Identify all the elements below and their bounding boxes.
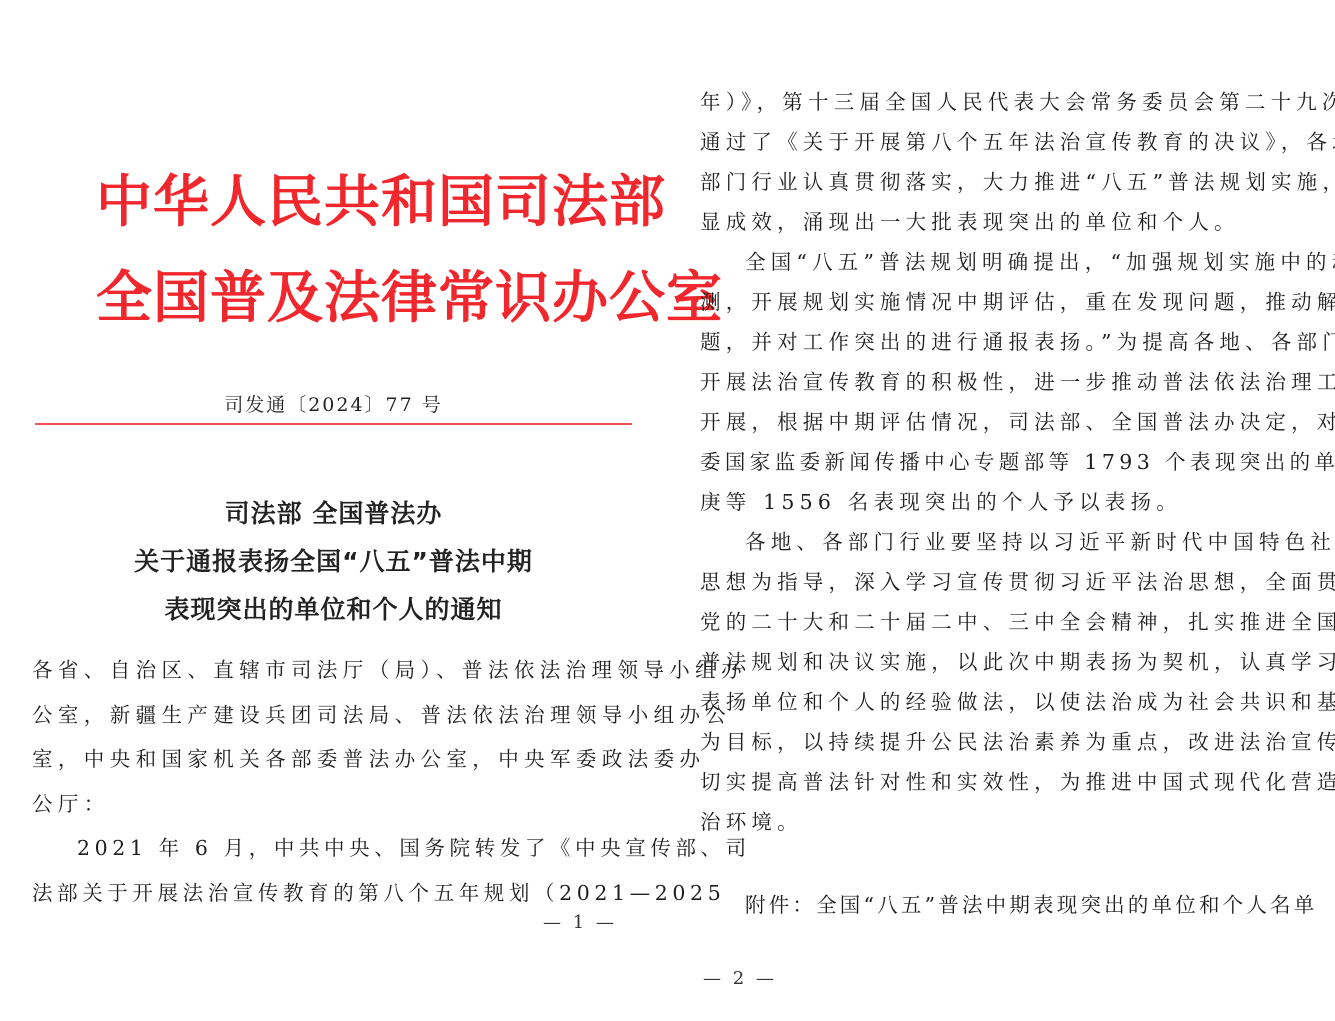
text-line: 公室，新疆生产建设兵团司法局、普法依法治理领导小组办公	[32, 693, 632, 738]
text-line: 庚等 1556 名表现突出的个人予以表扬。	[700, 482, 1280, 522]
page-number: — 2 —	[703, 968, 777, 989]
document-page-1: 中华人民共和国司法部 全国普及法律常识办公室 司发通〔2024〕77 号 司法部…	[0, 0, 667, 1021]
text-line: 表扬单位和个人的经验做法，以使法治成为社会共识和基本准则	[700, 682, 1280, 722]
text-line: 开展法治宣传教育的积极性，进一步推动普法依法治理工作深入	[700, 362, 1280, 402]
attachment-note: 附件：全国“八五”普法中期表现突出的单位和个人名单	[745, 888, 1317, 918]
page-number: — 1 —	[543, 912, 617, 933]
body-paragraph-2: 全国“八五”普法规划明确提出，“加强规划实施中的动态监 测，开展规划实施情况中期…	[700, 242, 1280, 522]
document-title-line-2: 关于通报表扬全国“八五”普法中期	[0, 546, 667, 578]
issuer-header-line-2: 全国普及法律常识办公室	[96, 268, 576, 330]
text-line: 测，开展规划实施情况中期评估，重在发现问题，推动解决问	[700, 282, 1280, 322]
body-paragraph-1: 2021 年 6 月，中共中央、国务院转发了《中央宣传部、司 法部关于开展法治宣…	[32, 826, 632, 915]
text-line: 全国“八五”普法规划明确提出，“加强规划实施中的动态监	[700, 242, 1280, 282]
page-2-body: 年）》，第十三届全国人民代表大会常务委员会第二十九次会议 通过了《关于开展第八个…	[700, 82, 1280, 842]
text-line: 切实提高普法针对性和实效性，为推进中国式现代化营造良好法	[700, 762, 1280, 802]
document-number: 司发通〔2024〕77 号	[0, 390, 667, 417]
text-line: 各省、自治区、直辖市司法厅（局）、普法依法治理领导小组办	[32, 648, 632, 693]
text-line: 年）》，第十三届全国人民代表大会常务委员会第二十九次会议	[700, 82, 1280, 122]
document-title-line-3: 表现突出的单位和个人的通知	[0, 594, 667, 626]
body-paragraph-1-continued: 年）》，第十三届全国人民代表大会常务委员会第二十九次会议 通过了《关于开展第八个…	[700, 82, 1280, 242]
red-divider-rule	[35, 423, 632, 425]
document-title-line-1: 司法部 全国普法办	[0, 498, 667, 530]
text-line: 为目标，以持续提升公民法治素养为重点，改进法治宣传教育，	[700, 722, 1280, 762]
text-line: 部门行业认真贯彻落实，大力推进“八五”普法规划实施，取得明	[700, 162, 1280, 202]
text-line: 室，中央和国家机关各部委普法办公室，中央军委政法委办	[32, 737, 632, 782]
text-line: 显成效，涌现出一大批表现突出的单位和个人。	[700, 202, 1280, 242]
issuer-header-line-1: 中华人民共和国司法部	[96, 172, 576, 234]
text-line: 治环境。	[700, 802, 1280, 842]
text-line: 法部关于开展法治宣传教育的第八个五年规划（2021—2025	[32, 871, 632, 916]
text-line: 委国家监委新闻传播中心专题部等 1793 个表现突出的单位，李	[700, 442, 1280, 482]
text-line: 普法规划和决议实施，以此次中期表扬为契机，认真学习借鉴受	[700, 642, 1280, 682]
text-line: 公厅：	[32, 782, 632, 827]
document-page-2: 年）》，第十三届全国人民代表大会常务委员会第二十九次会议 通过了《关于开展第八个…	[667, 0, 1335, 1021]
text-line: 思想为指导，深入学习宣传贯彻习近平法治思想，全面贯彻落实	[700, 562, 1280, 602]
body-paragraph-3: 各地、各部门行业要坚持以习近平新时代中国特色社会主义 思想为指导，深入学习宣传贯…	[700, 522, 1280, 842]
text-line: 党的二十大和二十届二中、三中全会精神，扎实推进全国“八五”	[700, 602, 1280, 642]
addressee-paragraph: 各省、自治区、直辖市司法厅（局）、普法依法治理领导小组办 公室，新疆生产建设兵团…	[32, 648, 632, 826]
text-line: 开展，根据中期评估情况，司法部、全国普法办决定，对中央纪	[700, 402, 1280, 442]
text-line: 题，并对工作突出的进行通报表扬。”为提高各地、各部门行业	[700, 322, 1280, 362]
text-line: 2021 年 6 月，中共中央、国务院转发了《中央宣传部、司	[32, 826, 632, 871]
page-1-body: 各省、自治区、直辖市司法厅（局）、普法依法治理领导小组办 公室，新疆生产建设兵团…	[32, 648, 632, 915]
text-line: 各地、各部门行业要坚持以习近平新时代中国特色社会主义	[700, 522, 1280, 562]
text-line: 通过了《关于开展第八个五年法治宣传教育的决议》，各地、各	[700, 122, 1280, 162]
